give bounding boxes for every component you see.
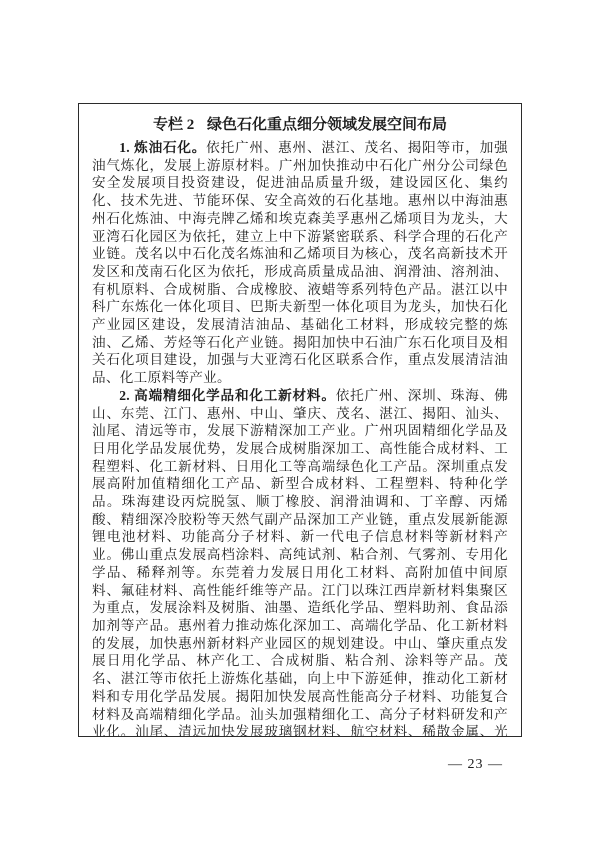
box-title: 专栏 2绿色石化重点细分领域发展空间布局 — [92, 114, 508, 137]
feature-box: 专栏 2绿色石化重点细分领域发展空间布局 1. 炼油石化。依托广州、惠州、湛江、… — [78, 103, 522, 737]
paragraph-fine-chemicals-new-materials: 2. 高端精细化学品和化工新材料。依托广州、深圳、珠海、佛山、东莞、江门、惠州、… — [92, 387, 508, 737]
box-title-label: 专栏 2 — [153, 117, 194, 133]
paragraph-2-body: 依托广州、深圳、珠海、佛山、东莞、江门、惠州、中山、肇庆、茂名、湛江、揭阳、汕头… — [92, 388, 508, 737]
paragraph-1-lead: 1. 炼油石化。 — [119, 140, 206, 155]
paragraph-refining-petrochemical: 1. 炼油石化。依托广州、惠州、湛江、茂名、揭阳等市，加强油气炼化，发展上游原材… — [92, 139, 508, 387]
paragraph-2-lead: 2. 高端精细化学品和化工新材料。 — [119, 388, 336, 403]
box-title-text: 绿色石化重点细分领域发展空间布局 — [207, 117, 447, 133]
document-page: 专栏 2绿色石化重点细分领域发展空间布局 1. 炼油石化。依托广州、惠州、湛江、… — [0, 0, 600, 848]
paragraph-1-body: 依托广州、惠州、湛江、茂名、揭阳等市，加强油气炼化，发展上游原材料。广州加快推动… — [92, 140, 508, 385]
page-number: — 23 — — [448, 756, 503, 774]
